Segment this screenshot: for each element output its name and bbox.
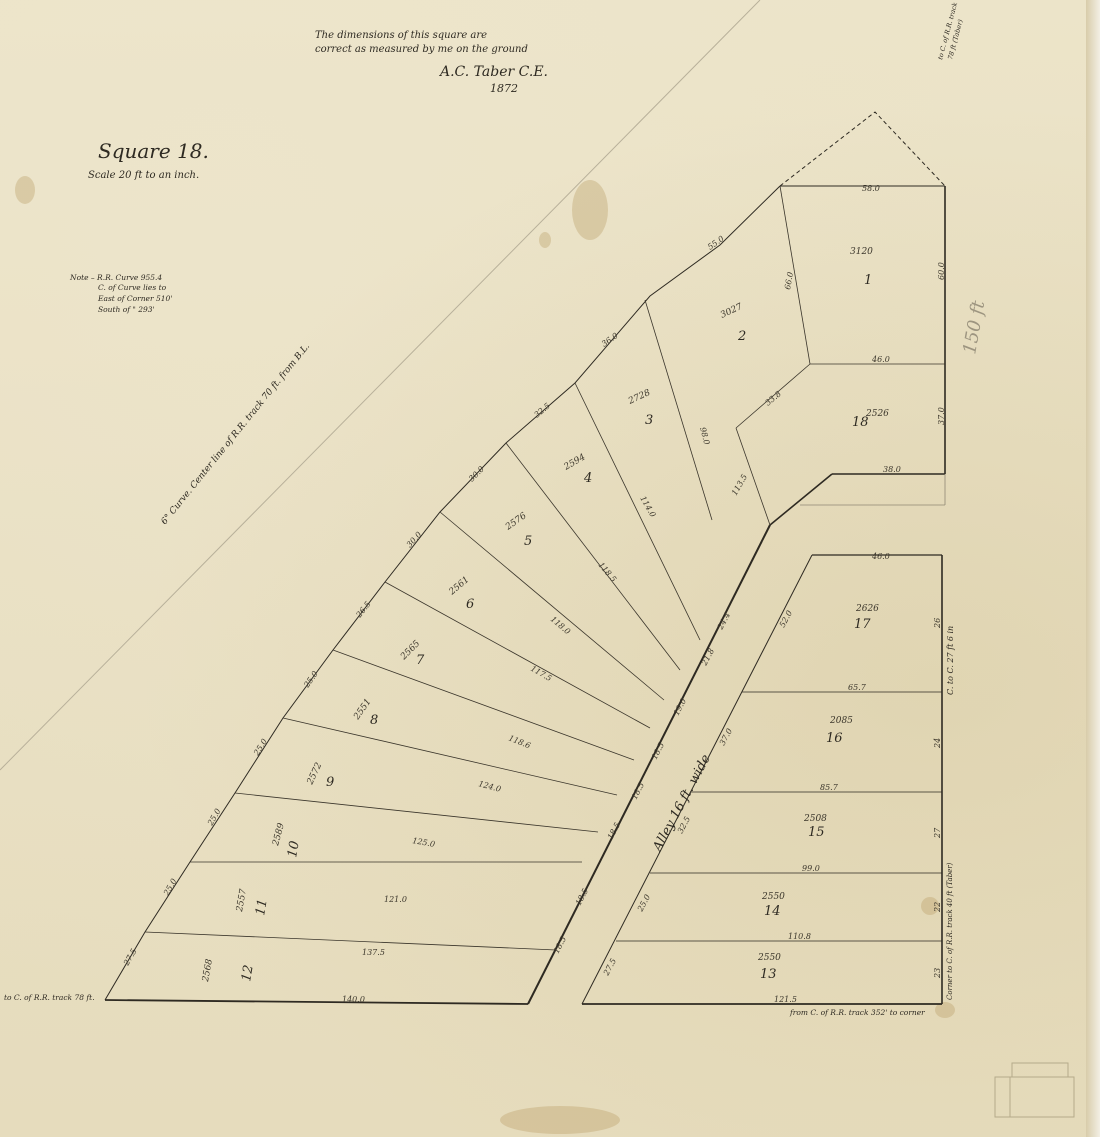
dim-lot17-top: 46.0 <box>871 552 890 561</box>
lot-6-area: 2561 <box>447 575 472 598</box>
lot-3-number: 3 <box>645 413 653 428</box>
lot-12-area: 2568 <box>201 958 215 984</box>
lot-3-area: 2728 <box>626 388 652 407</box>
dim-lot17-left: 52.0 <box>778 609 794 629</box>
lot-16-number: 16 <box>826 731 843 746</box>
dim-lot1-right: 60.0 <box>937 262 946 280</box>
note-line-4: South of " 293' <box>98 305 155 314</box>
dim-alley-4: 18.5 <box>650 741 666 761</box>
dim-lot16-left: 37.0 <box>718 727 734 747</box>
lot-13-area: 2550 <box>757 953 781 963</box>
note-line-2: C. of Curve lies to <box>98 283 167 292</box>
lot-2-number: 2 <box>737 329 746 344</box>
dim-lot11-side: 121.0 <box>384 895 407 904</box>
certification-line-2: correct as measured by me on the ground <box>315 44 528 55</box>
dim-lot9-side: 124.0 <box>477 779 501 794</box>
dim-lot18-diag: 33.8 <box>764 389 783 407</box>
lot-9-area: 2572 <box>305 761 324 787</box>
dim-alley-2: 21.8 <box>699 647 716 668</box>
dim-alley-3: 19.0 <box>672 697 688 717</box>
paper-stains <box>15 176 955 1134</box>
lot-15-area: 2508 <box>803 814 827 824</box>
dim-lot7-side: 117.5 <box>529 664 553 683</box>
dim-lot2-top: 55.0 <box>706 234 726 252</box>
dim-lot3-top: 36.0 <box>600 331 620 349</box>
bottom-right-note: from C. of R.R. track 352' to corner <box>789 1008 925 1017</box>
lot-17-number: 17 <box>854 617 871 632</box>
lot-15-number: 15 <box>808 825 825 840</box>
survey-year: 1872 <box>490 82 518 95</box>
alley-label: Alley 16 ft. wide <box>650 752 714 855</box>
note-line-1: Note – R.R. Curve 955.4 <box>69 273 162 282</box>
lot-18-area: 2526 <box>865 409 889 419</box>
survey-plat-sheet: Square 18. Scale 20 ft to an inch. The d… <box>0 0 1100 1137</box>
right-vertical-note: Corner to C. of R.R. track 40 ft (Taber) <box>946 862 954 1000</box>
plat-scale: Scale 20 ft to an inch. <box>88 170 199 181</box>
dim-alley-5: 18.5 <box>630 781 646 801</box>
lot-13-number: 13 <box>760 967 777 982</box>
lot-6-number: 6 <box>466 597 474 612</box>
lot-10-number: 10 <box>285 840 303 859</box>
lot-9-number: 9 <box>326 775 334 790</box>
lot-5-area: 2576 <box>503 511 529 533</box>
dim-lot13-left: 27.5 <box>601 957 618 978</box>
lot-4-area: 2594 <box>562 452 588 473</box>
note-line-3: East of Corner 510' <box>97 294 172 303</box>
lot-12-number: 12 <box>239 964 257 983</box>
dim-lot6-top: 30.0 <box>405 530 424 549</box>
dim-lot12-bottom: 140.0 <box>342 995 365 1004</box>
dim-lot4-side: 114.0 <box>638 495 657 519</box>
lot-16-area: 2085 <box>829 716 853 726</box>
lot-18-number: 18 <box>852 415 869 430</box>
lot-17-area: 2626 <box>855 604 879 614</box>
lot-11-number: 11 <box>253 898 271 917</box>
dim-lot18-bottom: 38.0 <box>883 465 901 474</box>
dim-lot18-right: 37.0 <box>937 407 946 425</box>
lot-1-number: 1 <box>864 273 872 288</box>
dim-lot16-right: 24 <box>933 738 942 749</box>
lot-4-number: 4 <box>583 471 592 486</box>
dim-lot14-top: 99.0 <box>802 864 820 873</box>
lot-7-number: 7 <box>416 653 425 668</box>
catalog-stamp <box>995 1063 1074 1117</box>
right-side-note: C. to C. 27 ft 6 in <box>946 626 955 695</box>
dim-lot12-side: 137.5 <box>362 948 385 957</box>
railroad-centerline <box>0 0 760 770</box>
dim-lot10-side: 125.0 <box>412 836 436 849</box>
dim-alley-1: 24.4 <box>715 611 732 632</box>
dim-lot15-top: 85.7 <box>820 783 839 792</box>
plat-drawing: Square 18. Scale 20 ft to an inch. The d… <box>0 0 1100 1137</box>
dim-lot1-left: 66.0 <box>783 271 795 290</box>
dim-lot10-top: 25.0 <box>205 807 222 828</box>
bottom-left-note: to C. of R.R. track 78 ft. <box>4 993 95 1002</box>
certification-line-1: The dimensions of this square are <box>315 30 487 41</box>
dim-alley-8: 18.5 <box>552 935 568 955</box>
dim-lot13-right: 23 <box>933 968 942 979</box>
lot-1-area: 3120 <box>850 247 873 257</box>
dim-lot11-top: 25.0 <box>161 877 178 898</box>
lot-5-number: 5 <box>524 534 532 549</box>
dim-lot8-top: 25.0 <box>302 669 320 690</box>
dim-lot4-top: 32.5 <box>533 401 552 419</box>
dim-lot12-top: 27.5 <box>121 947 138 968</box>
dim-lot13-bottom: 121.5 <box>774 995 797 1004</box>
dim-lot14-left: 25.0 <box>635 893 652 914</box>
dim-alley-7: 18.5 <box>574 887 590 907</box>
railroad-curve-label: 6° Curve. Center line of R.R. track 70 f… <box>160 342 313 527</box>
dim-lot15-right: 27 <box>933 827 942 839</box>
lot-2-area: 3027 <box>719 302 744 321</box>
dim-lot1-bottom: 46.0 <box>871 355 890 364</box>
lot-14-area: 2550 <box>761 892 785 902</box>
dim-lot2-lower: 113.5 <box>730 473 749 497</box>
dim-alley-6: 18.5 <box>606 821 622 841</box>
dim-lot13-top: 110.8 <box>788 932 811 941</box>
dim-lot5-side: 118.5 <box>596 561 618 584</box>
dim-lot6-side: 118.0 <box>549 615 572 637</box>
lot-10-area: 2589 <box>271 822 287 848</box>
curve-note: Note – R.R. Curve 955.4 C. of Curve lies… <box>69 273 172 314</box>
dim-lot14-right: 22 <box>933 902 942 913</box>
dim-lot16-top: 65.7 <box>848 683 867 692</box>
lot-14-number: 14 <box>764 904 781 919</box>
dim-lot17-right: 26 <box>933 618 942 629</box>
dimension-labels: 58.0 66.0 60.0 46.0 33.8 37.0 38.0 55.0 … <box>121 184 946 1004</box>
dim-lot2-side: 98.0 <box>698 426 711 446</box>
dim-lot1-top: 58.0 <box>862 184 880 193</box>
lot-11-area: 2557 <box>235 888 249 914</box>
pencil-figures: 150 ft <box>959 298 989 356</box>
dim-lot8-side: 118.6 <box>507 734 532 751</box>
surveyor-signature: A.C. Taber C.E. <box>438 64 548 80</box>
lot-8-number: 8 <box>370 713 378 728</box>
plat-title: Square 18. <box>98 139 209 163</box>
dim-lot9-top: 25.0 <box>252 737 270 758</box>
lot-dividers <box>145 186 945 950</box>
